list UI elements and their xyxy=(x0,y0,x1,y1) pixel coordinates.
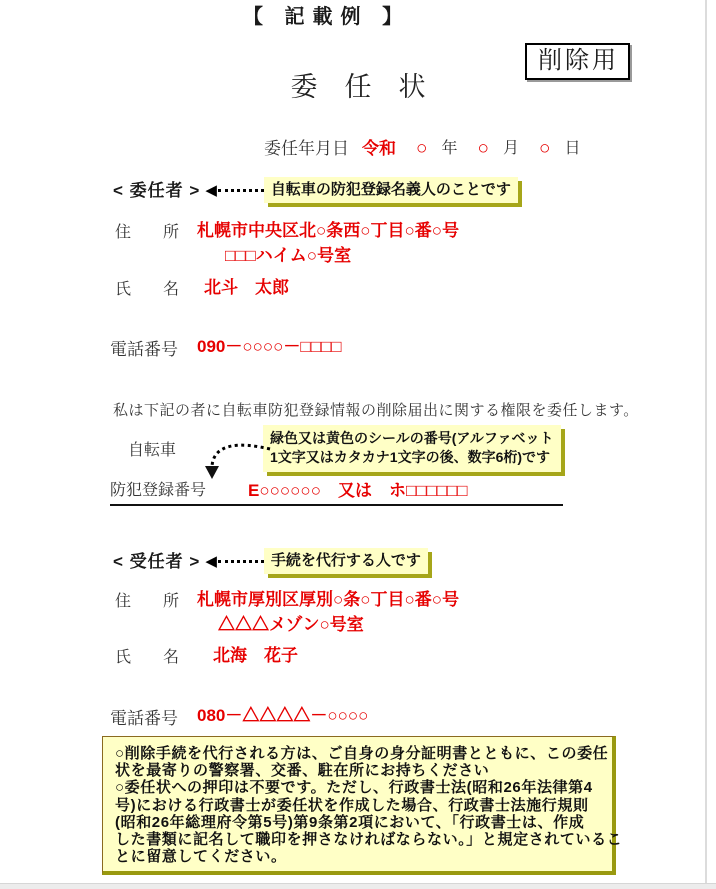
delegate-address-line2: △△△メゾン○号室 xyxy=(218,616,364,633)
delegator-name-value: 北斗 太郎 xyxy=(204,279,289,296)
day-unit: 日 xyxy=(564,141,580,157)
delegator-address-line2: □□□ハイム○号室 xyxy=(225,247,351,264)
day-placeholder-circle: ○ xyxy=(539,139,550,158)
bicycle-callout-line1: 緑色又は黄色のシールの番号(アルファベット xyxy=(270,429,554,448)
delegate-name-label: 氏 名 xyxy=(115,650,179,666)
registration-number-row: 防犯登録番号 E○○○○○○ 又は ホ□□□□□□ xyxy=(110,482,563,506)
dotted-connector xyxy=(218,560,264,563)
delegator-section-label: < 委任者 > xyxy=(113,182,200,199)
example-heading: 【 記載例 】 xyxy=(243,7,410,27)
delegate-phone-value: 080－△△△△－○○○○ xyxy=(197,707,368,724)
registration-number-value: E○○○○○○ 又は ホ□□□□□□ xyxy=(248,482,468,499)
era-label: 令和 xyxy=(362,140,396,157)
delegation-statement: 私は下記の者に自転車防犯登録情報の削除届出に関する権限を委任します。 xyxy=(113,404,639,419)
arrow-left-icon: ◀ xyxy=(205,554,217,569)
registration-number-label: 防犯登録番号 xyxy=(110,483,206,499)
note-line: ○委任状への押印は不要です。ただし、行政書士法(昭和26年法律第4 xyxy=(115,779,604,796)
arrow-down-icon xyxy=(192,440,276,484)
delegate-callout-note: 手続を代行する人です xyxy=(264,548,428,574)
delegator-address-label: 住 所 xyxy=(115,225,179,241)
delegate-address-label: 住 所 xyxy=(115,594,179,610)
month-placeholder-circle: ○ xyxy=(478,139,489,158)
note-line: 状を最寄りの警察署、交番、駐在所にお持ちください xyxy=(115,762,604,779)
page-right-edge-line xyxy=(705,0,707,883)
delegator-phone-label: 電話番号 xyxy=(110,341,178,358)
delegate-section-header: < 受任者 > ◀ 手続を代行する人です xyxy=(113,548,428,574)
delegator-name-label: 氏 名 xyxy=(115,282,179,298)
date-row: 委任年月日 令和 ○ 年 ○ 月 ○ 日 xyxy=(264,139,581,158)
note-line: 号)における行政書士が委任状を作成した場合、行政書士法施行規則 xyxy=(115,797,604,814)
page-bottom-strip xyxy=(0,883,716,889)
year-unit: 年 xyxy=(441,141,457,157)
delegate-address-line1: 札幌市厚別区厚別○条○丁目○番○号 xyxy=(197,591,459,608)
delegator-phone-value: 090－○○○○－□□□□ xyxy=(197,338,342,355)
delegate-name-value: 北海 花子 xyxy=(213,647,298,664)
year-placeholder-circle: ○ xyxy=(416,139,427,158)
arrow-left-icon: ◀ xyxy=(205,183,217,198)
bicycle-callout-line2: 1文字又はカタカナ1文字の後、数字6桁)です xyxy=(270,448,554,467)
document-title: 委 任 状 xyxy=(0,74,716,101)
letter-of-attorney-example-page: 【 記載例 】 削除用 委 任 状 委任年月日 令和 ○ 年 ○ 月 ○ 日 <… xyxy=(0,0,716,889)
delegate-phone-label: 電話番号 xyxy=(110,710,178,727)
note-line: (昭和26年総理府令第5号)第9条第2項において、「行政書士は、作成 xyxy=(115,814,604,831)
note-line: ○削除手続を代行される方は、ご自身の身分証明書とともに、この委任 xyxy=(115,745,604,762)
bicycle-label: 自転車 xyxy=(128,443,176,459)
note-line: した書類に記名して職印を押さなければならない。」と規定されているこ xyxy=(115,831,604,848)
date-label: 委任年月日 xyxy=(264,140,349,157)
notes-box: ○削除手続を代行される方は、ご自身の身分証明書とともに、この委任 状を最寄りの警… xyxy=(102,736,616,875)
month-unit: 月 xyxy=(503,141,519,157)
delegator-address-line1: 札幌市中央区北○条西○丁目○番○号 xyxy=(197,222,459,239)
note-line: とに留意してください。 xyxy=(115,848,604,865)
bicycle-callout-note: 緑色又は黄色のシールの番号(アルファベット 1文字又はカタカナ1文字の後、数字6… xyxy=(263,425,561,472)
dotted-connector xyxy=(218,189,264,192)
delegator-callout-note: 自転車の防犯登録名義人のことです xyxy=(264,177,518,203)
delegator-section-header: < 委任者 > ◀ 自転車の防犯登録名義人のことです xyxy=(113,177,518,203)
delegate-section-label: < 受任者 > xyxy=(113,553,200,570)
